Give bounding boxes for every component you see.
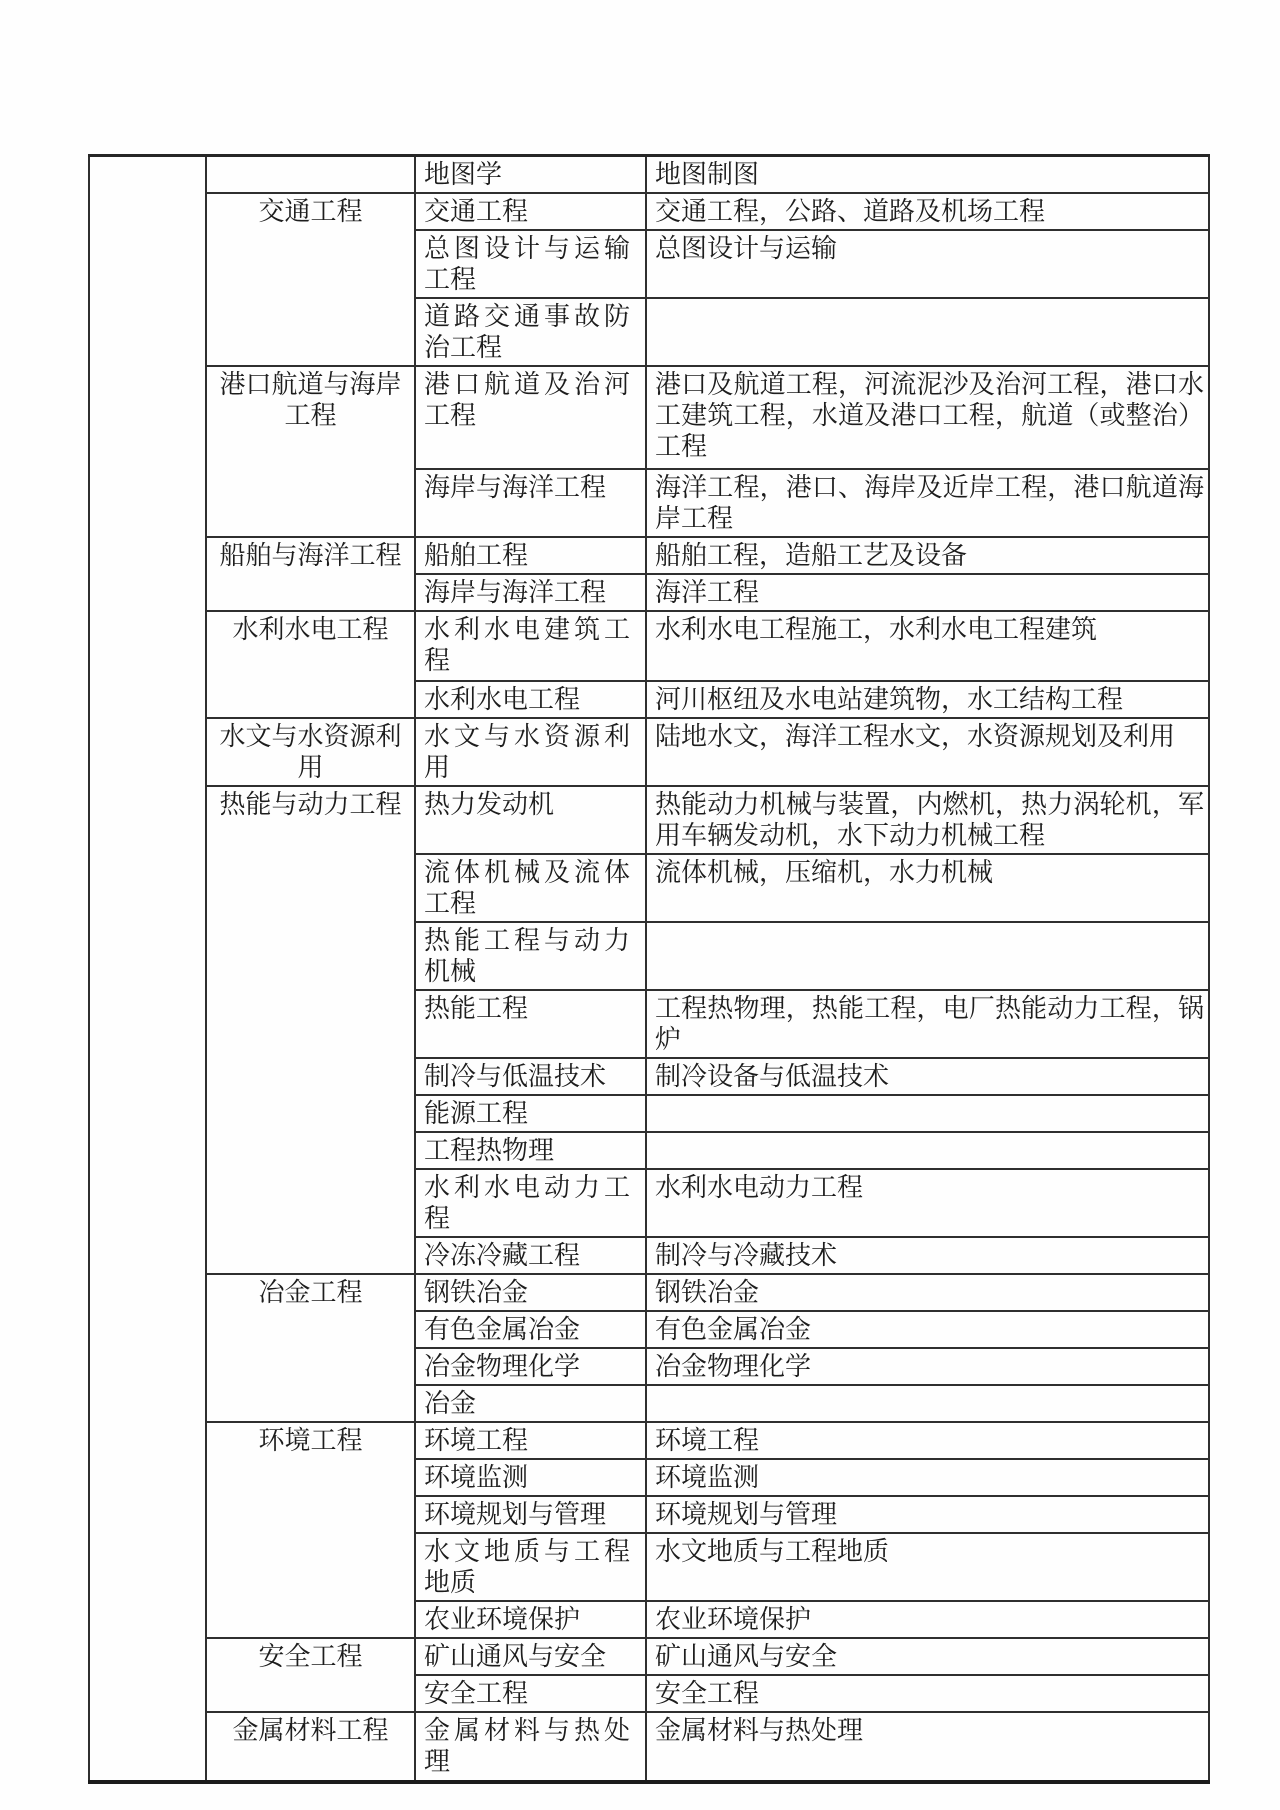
detail-cell: 金属材料与热处理: [646, 1712, 1209, 1782]
major-cell: 地图学: [415, 156, 646, 194]
detail-cell: 水文地质与工程地质: [646, 1533, 1209, 1601]
major-cell: 环境监测: [415, 1459, 646, 1496]
major-cell: 热力发动机: [415, 786, 646, 854]
detail-cell: 海洋工程: [646, 574, 1209, 611]
table-row: 安全工程 矿山通风与安全 矿山通风与安全: [89, 1638, 1209, 1675]
major-cell: 海岸与海洋工程: [415, 469, 646, 537]
major-cell: 安全工程: [415, 1675, 646, 1712]
detail-cell: [646, 298, 1209, 366]
detail-cell: 港口及航道工程，河流泥沙及治河工程，港口水工建筑工程，水道及港口工程，航道（或整…: [646, 366, 1209, 469]
category-cell: 环境工程: [206, 1422, 415, 1638]
category-cell: 热能与动力工程: [206, 786, 415, 1274]
category-cell: 交通工程: [206, 193, 415, 366]
detail-cell: [646, 1095, 1209, 1132]
detail-cell: 制冷设备与低温技术: [646, 1058, 1209, 1095]
major-cell: 有色金属冶金: [415, 1311, 646, 1348]
major-cell: 交通工程: [415, 193, 646, 230]
major-cell: 水文地质与工程地质: [415, 1533, 646, 1601]
major-cell: 制冷与低温技术: [415, 1058, 646, 1095]
detail-cell: 海洋工程，港口、海岸及近岸工程，港口航道海岸工程: [646, 469, 1209, 537]
detail-cell: 地图制图: [646, 156, 1209, 194]
detail-cell: 农业环境保护: [646, 1601, 1209, 1638]
major-cell: 农业环境保护: [415, 1601, 646, 1638]
table-row: 水文与水资源利用 水文与水资源利用 陆地水文，海洋工程水文，水资源规划及利用: [89, 718, 1209, 786]
major-cell: 工程热物理: [415, 1132, 646, 1169]
detail-cell: 矿山通风与安全: [646, 1638, 1209, 1675]
table-row: 地图学 地图制图: [89, 156, 1209, 194]
left-spacer-cell: [89, 156, 206, 1783]
detail-cell: 制冷与冷藏技术: [646, 1237, 1209, 1274]
detail-cell: 流体机械，压缩机，水力机械: [646, 854, 1209, 922]
category-cell: 水利水电工程: [206, 611, 415, 718]
detail-cell: [646, 922, 1209, 990]
detail-cell: 环境监测: [646, 1459, 1209, 1496]
table-row: 船舶与海洋工程 船舶工程 船舶工程，造船工艺及设备: [89, 537, 1209, 574]
category-cell: 金属材料工程: [206, 1712, 415, 1782]
major-cell: 水利水电工程: [415, 681, 646, 718]
major-cell: 水文与水资源利用: [415, 718, 646, 786]
major-cell: 海岸与海洋工程: [415, 574, 646, 611]
category-cell: 安全工程: [206, 1638, 415, 1712]
major-cell: 矿山通风与安全: [415, 1638, 646, 1675]
table-row: 交通工程 交通工程 交通工程，公路、道路及机场工程: [89, 193, 1209, 230]
major-cell: 热能工程: [415, 990, 646, 1058]
detail-cell: 工程热物理，热能工程，电厂热能动力工程，锅炉: [646, 990, 1209, 1058]
detail-cell: 安全工程: [646, 1675, 1209, 1712]
major-cell: 钢铁冶金: [415, 1274, 646, 1311]
major-cell: 环境规划与管理: [415, 1496, 646, 1533]
detail-cell: 水利水电工程施工，水利水电工程建筑: [646, 611, 1209, 681]
detail-cell: 环境工程: [646, 1422, 1209, 1459]
major-cell: 冶金: [415, 1385, 646, 1422]
detail-cell: 有色金属冶金: [646, 1311, 1209, 1348]
detail-cell: [646, 1132, 1209, 1169]
major-cell: 金属材料与热处理: [415, 1712, 646, 1782]
table-row: 热能与动力工程 热力发动机 热能动力机械与装置，内燃机，热力涡轮机，军用车辆发动…: [89, 786, 1209, 854]
major-cell: 冶金物理化学: [415, 1348, 646, 1385]
major-cell: 流体机械及流体工程: [415, 854, 646, 922]
document-page: 地图学 地图制图 交通工程 交通工程 交通工程，公路、道路及机场工程 总图设计与…: [0, 0, 1280, 1810]
category-cell: 船舶与海洋工程: [206, 537, 415, 611]
detail-cell: [646, 1385, 1209, 1422]
detail-cell: 船舶工程，造船工艺及设备: [646, 537, 1209, 574]
detail-cell: 钢铁冶金: [646, 1274, 1209, 1311]
detail-cell: 冶金物理化学: [646, 1348, 1209, 1385]
detail-cell: 水利水电动力工程: [646, 1169, 1209, 1237]
detail-cell: 环境规划与管理: [646, 1496, 1209, 1533]
detail-cell: 总图设计与运输: [646, 230, 1209, 298]
major-cell: 水利水电动力工程: [415, 1169, 646, 1237]
major-cell: 道路交通事故防治工程: [415, 298, 646, 366]
major-cell: 水利水电建筑工程: [415, 611, 646, 681]
major-cell: 热能工程与动力机械: [415, 922, 646, 990]
category-cell: [206, 156, 415, 194]
detail-cell: 热能动力机械与装置，内燃机，热力涡轮机，军用车辆发动机，水下动力机械工程: [646, 786, 1209, 854]
major-cell: 船舶工程: [415, 537, 646, 574]
major-cell: 环境工程: [415, 1422, 646, 1459]
table-row: 冶金工程 钢铁冶金 钢铁冶金: [89, 1274, 1209, 1311]
detail-cell: 河川枢纽及水电站建筑物，水工结构工程: [646, 681, 1209, 718]
disciplines-table: 地图学 地图制图 交通工程 交通工程 交通工程，公路、道路及机场工程 总图设计与…: [88, 154, 1210, 1784]
major-cell: 冷冻冷藏工程: [415, 1237, 646, 1274]
detail-cell: 陆地水文，海洋工程水文，水资源规划及利用: [646, 718, 1209, 786]
table-row: 水利水电工程 水利水电建筑工程 水利水电工程施工，水利水电工程建筑: [89, 611, 1209, 681]
major-cell: 能源工程: [415, 1095, 646, 1132]
category-cell: 水文与水资源利用: [206, 718, 415, 786]
category-cell: 冶金工程: [206, 1274, 415, 1422]
category-cell: 港口航道与海岸工程: [206, 366, 415, 537]
table-row: 港口航道与海岸工程 港口航道及治河工程 港口及航道工程，河流泥沙及治河工程，港口…: [89, 366, 1209, 469]
major-cell: 总图设计与运输工程: [415, 230, 646, 298]
detail-cell: 交通工程，公路、道路及机场工程: [646, 193, 1209, 230]
table-row: 金属材料工程 金属材料与热处理 金属材料与热处理: [89, 1712, 1209, 1782]
table-row: 环境工程 环境工程 环境工程: [89, 1422, 1209, 1459]
major-cell: 港口航道及治河工程: [415, 366, 646, 469]
